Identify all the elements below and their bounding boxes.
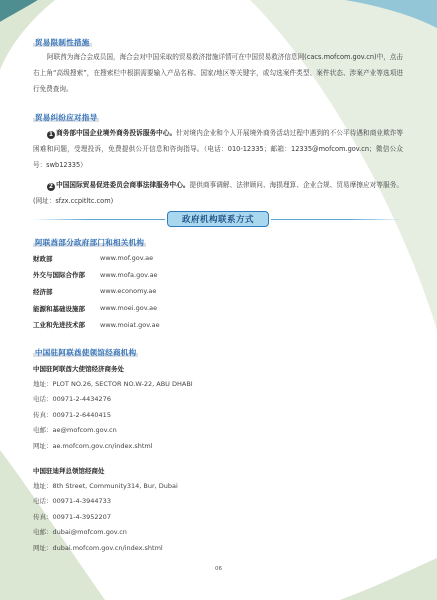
office-address: 地址：PLOT NO.26, SECTOR NO.W-22, ABU DHABI — [33, 377, 193, 392]
department-url[interactable]: www.mof.gov.ae — [100, 254, 153, 262]
banner-divider-left — [33, 219, 165, 220]
department-url[interactable]: www.moiat.gov.ae — [100, 321, 160, 329]
government-contacts-banner: 政府机构联系方式 — [33, 209, 403, 229]
office-website[interactable]: 网址：dubai.mofcom.gov.cn/index.shtml — [33, 541, 178, 556]
office-embassy: 中国驻阿联酋大使馆经济商务处 地址：PLOT NO.26, SECTOR NO.… — [33, 361, 193, 454]
department-name: 外交与国际合作部 — [33, 270, 100, 279]
number-badge-1-icon: 1 — [47, 131, 55, 139]
banner-title: 政府机构联系方式 — [167, 211, 269, 227]
office-phone: 电话：00971-2-4434276 — [33, 392, 193, 407]
department-name: 能源和基础设施部 — [33, 304, 100, 313]
dispute-item-1-org: 商务部中国企业境外商务投诉服务中心。 — [56, 129, 176, 137]
department-name: 工业和先进技术部 — [33, 320, 100, 329]
section-title-chinese-missions: 中国驻阿联酋使领馆经商机构 — [33, 347, 138, 358]
department-url[interactable]: www.mofa.gov.ae — [100, 271, 158, 279]
office-email[interactable]: 电邮：dubai@mofcom.gov.cn — [33, 525, 178, 540]
office-dubai-consulate: 中国驻迪拜总领馆经商处 地址：8th Street, Community314,… — [33, 463, 178, 556]
department-name: 经济部 — [33, 287, 100, 296]
number-badge-2-icon: 2 — [47, 183, 55, 191]
page-content: 贸易限制性措施 阿联酋为海合会成员国，海合会对中国采取的贸易救济措施详情可在中国… — [0, 0, 437, 600]
office-name: 中国驻阿联酋大使馆经济商务处 — [33, 361, 193, 377]
department-row: 能源和基础设施部 www.moei.gov.ae — [33, 300, 160, 317]
page-number: 06 — [0, 566, 437, 572]
department-url[interactable]: www.economy.ae — [100, 287, 156, 295]
trade-restrictions-text: 阿联酋为海合会成员国，海合会对中国采取的贸易救济措施详情可在中国贸易救济信息网(… — [33, 53, 403, 93]
office-fax: 传真：00971-2-6440415 — [33, 408, 193, 423]
department-row: 工业和先进技术部 www.moiat.gov.ae — [33, 316, 160, 333]
section-title-trade-restrictions: 贸易限制性措施 — [33, 37, 92, 48]
office-phone: 电话：00971-4-3944733 — [33, 494, 178, 509]
department-name: 财政部 — [33, 254, 100, 263]
department-row: 外交与国际合作部 www.mofa.gov.ae — [33, 267, 160, 284]
office-website[interactable]: 网址：ae.mofcom.gov.cn/index.shtml — [33, 439, 193, 454]
banner-divider-right — [271, 219, 403, 220]
trade-restrictions-paragraph: 阿联酋为海合会成员国，海合会对中国采取的贸易救济措施详情可在中国贸易救济信息网(… — [33, 49, 403, 97]
section-title-dispute-guidance: 贸易纠纷应对指导 — [33, 112, 99, 123]
section-title-uae-departments: 阿联酋部分政府部门和相关机构 — [33, 237, 146, 248]
office-fax: 传真：00971-4-3952207 — [33, 510, 178, 525]
department-url[interactable]: www.moei.gov.ae — [100, 304, 157, 312]
department-row: 经济部 www.economy.ae — [33, 283, 160, 300]
office-address: 地址：8th Street, Community314, Bur, Dubai — [33, 479, 178, 494]
office-email[interactable]: 电邮：ae@mofcom.gov.cn — [33, 423, 193, 438]
dispute-item-1: 1商务部中国企业境外商务投诉服务中心。针对境内企业和个人开展境外商务活动过程中遇… — [33, 125, 403, 173]
office-name: 中国驻迪拜总领馆经商处 — [33, 463, 178, 479]
dispute-item-2-org: 中国国际贸易促进委员会商事法律服务中心。 — [56, 181, 190, 189]
uae-departments-list: 财政部 www.mof.gov.ae 外交与国际合作部 www.mofa.gov… — [33, 250, 160, 333]
department-row: 财政部 www.mof.gov.ae — [33, 250, 160, 267]
dispute-item-2: 2中国国际贸易促进委员会商事法律服务中心。提供商事调解、法律顾问、海损理算、企业… — [33, 177, 403, 209]
